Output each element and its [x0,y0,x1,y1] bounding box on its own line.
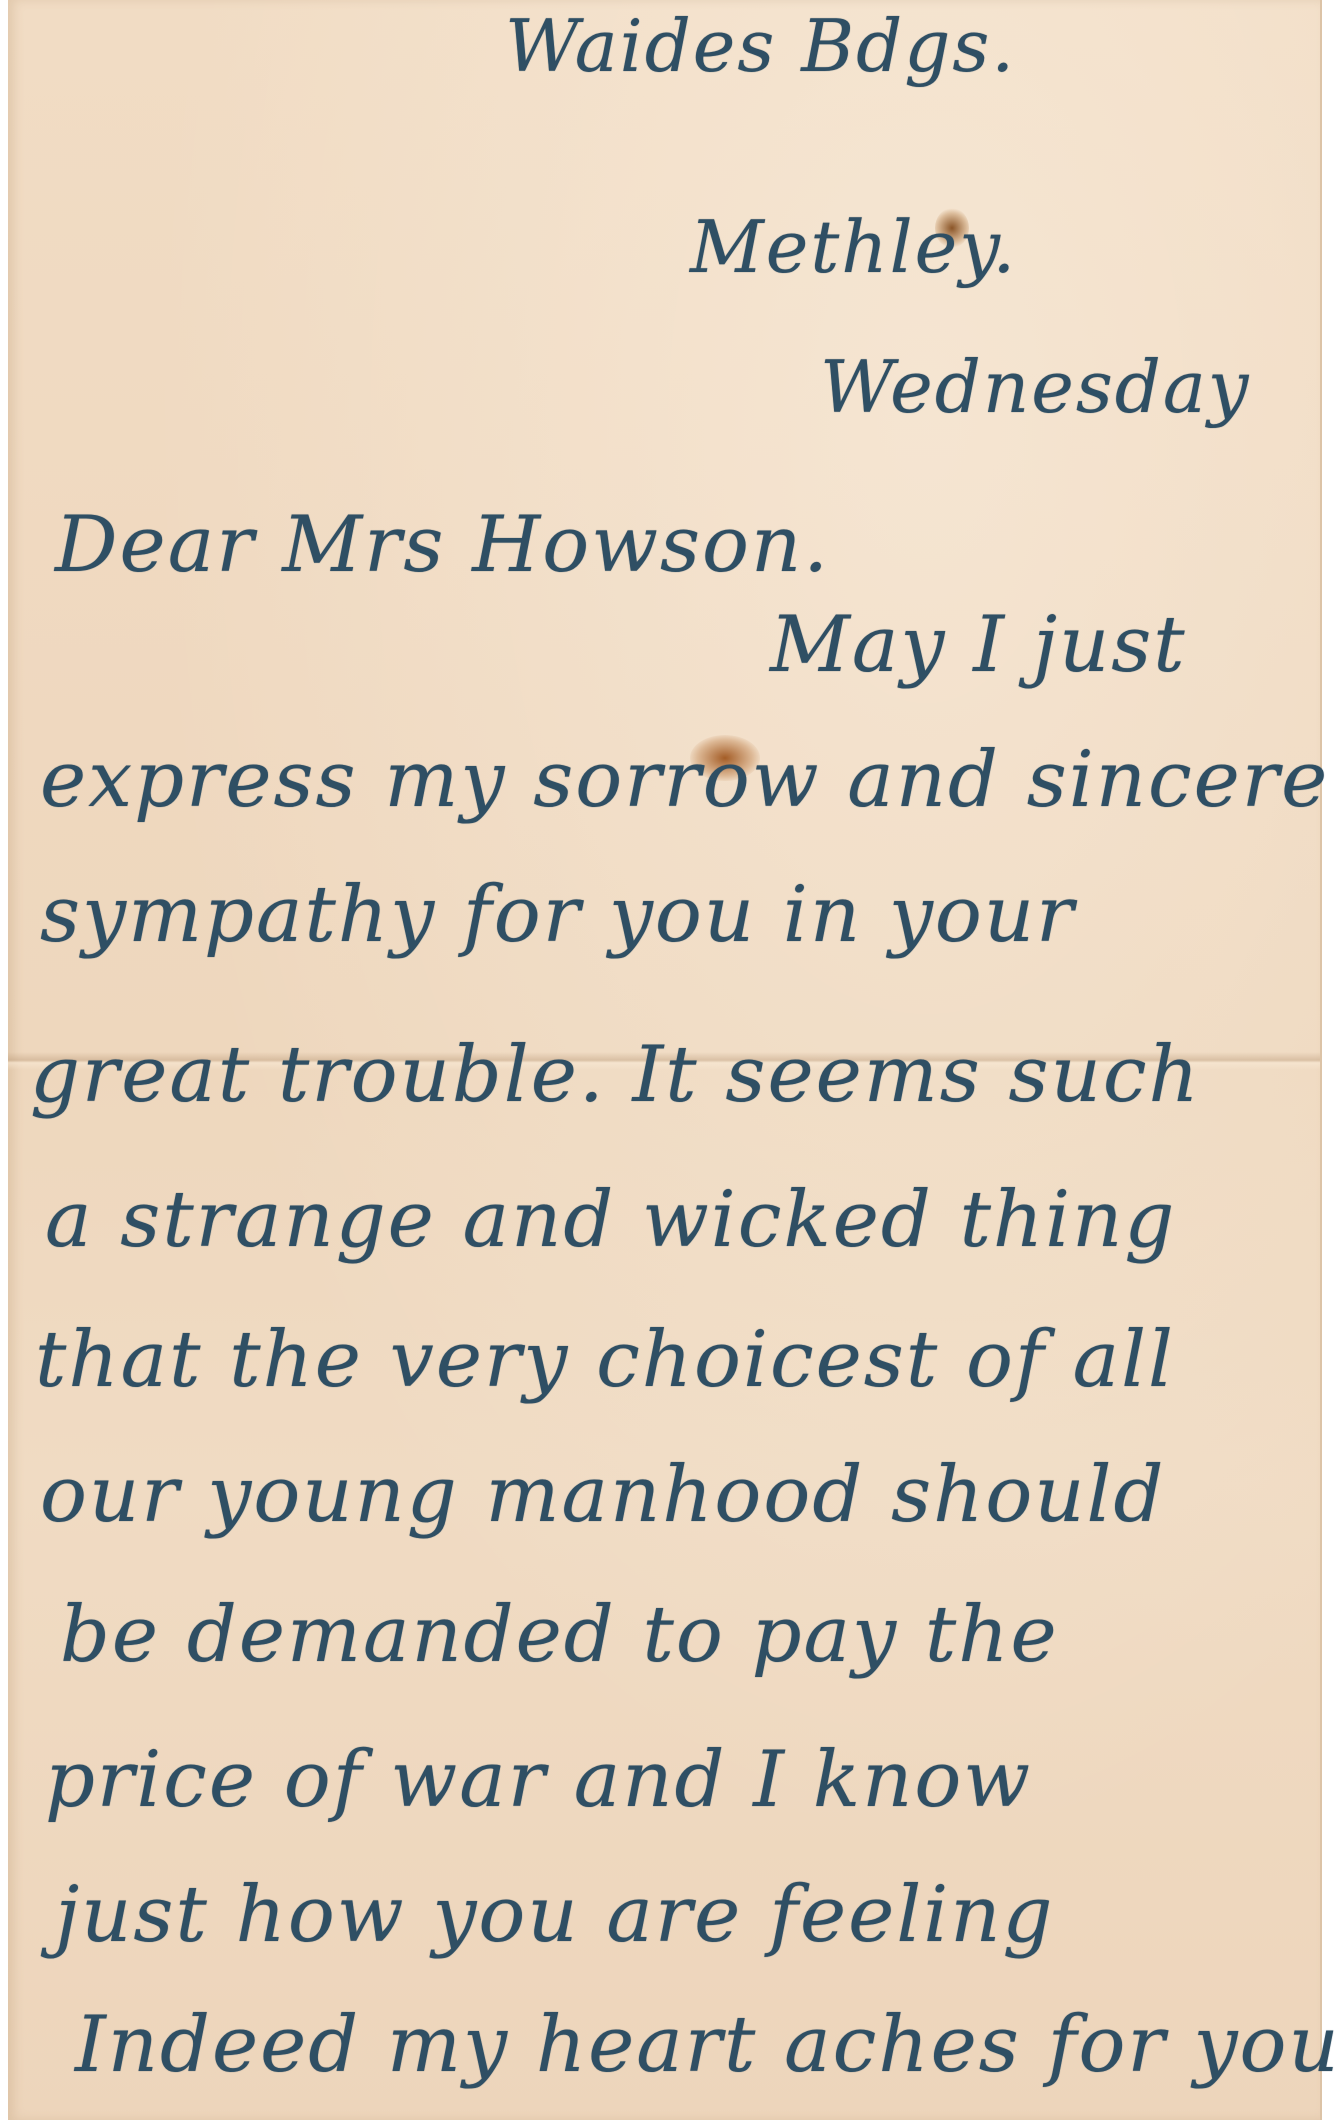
body-line: sympathy for you in your [40,870,1075,960]
body-line: price of war and I know [45,1735,1032,1825]
letter-day: Wednesday [820,345,1250,429]
body-line: May I just [770,600,1187,690]
body-line: that the very choicest of all [35,1315,1175,1405]
body-line: a strange and wicked thing [45,1175,1176,1265]
body-line: Indeed my heart aches for you [75,2000,1340,2090]
body-line: our young manhood should [40,1450,1165,1540]
body-line: express my sorrow and sincere [40,735,1329,825]
body-line: be demanded to pay the [60,1590,1059,1680]
body-line: great trouble. It seems such [30,1030,1201,1120]
letter-salutation: Dear Mrs Howson. [55,500,830,590]
letter-town: Methley. [690,205,1017,289]
body-line: just how you are feeling [55,1870,1054,1960]
letter-address: Waides Bdgs. [505,4,1016,88]
